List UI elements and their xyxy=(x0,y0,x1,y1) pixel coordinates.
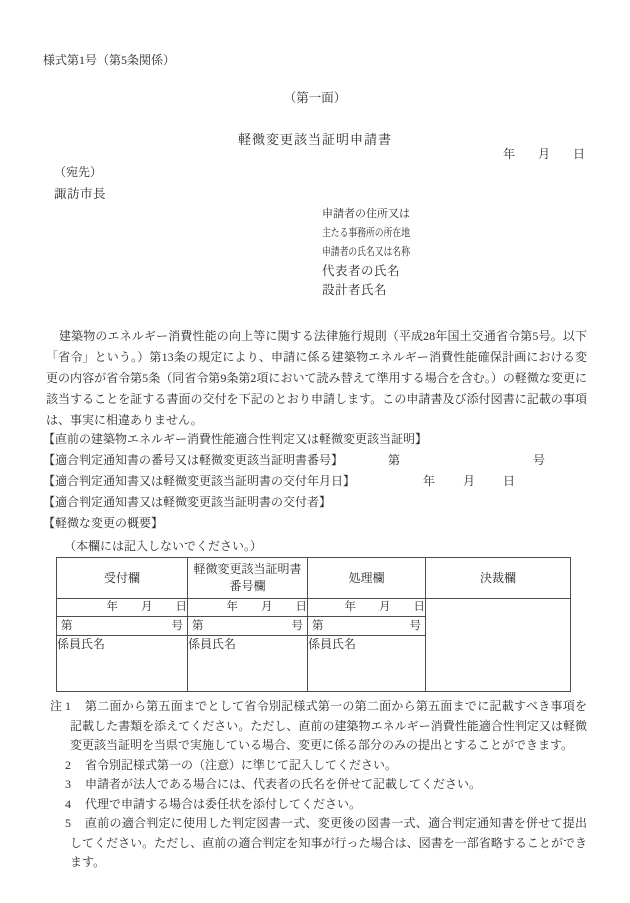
note-marker: 2 xyxy=(65,756,71,776)
notes-list: 注1 第二面から第五面までとして省令別記様式第一の第二面から第五面までに記載すべ… xyxy=(70,697,587,873)
field-notice-number: 【適合判定通知書の番号又は軽微変更該当証明書番号】 第 号 xyxy=(43,450,603,471)
note-marker: 3 xyxy=(65,775,71,795)
number-prefix-label: 第 xyxy=(61,617,73,635)
month-label: 月 xyxy=(463,471,475,492)
field-issuer: 【適合判定通知書又は軽微変更該当証明書の交付者】 xyxy=(43,492,603,513)
date-month-label: 月 xyxy=(538,145,550,162)
bracket-field-list: 【直前の建築物エネルギー消費性能適合性判定又は軽微変更該当証明】 【適合判定通知… xyxy=(43,429,603,534)
field-issue-date: 【適合判定通知書又は軽微変更該当証明書の交付年月日】 年 月 日 xyxy=(43,471,603,492)
note-item-4: 4 代理で申請する場合は委任状を添付してください。 xyxy=(70,795,587,815)
field-label: 【適合判定通知書又は軽微変更該当証明書の交付者】 xyxy=(43,495,331,509)
number-prefix-label: 第 xyxy=(312,617,324,635)
note-text: 代理で申請する場合は委任状を添付してください。 xyxy=(85,797,361,811)
field-label: 【適合判定通知書又は軽微変更該当証明書の交付年月日】 xyxy=(43,474,355,488)
note-item-3: 3 申請者が法人である場合には、代表者の氏名を併せて記載してください。 xyxy=(70,775,587,795)
note-text: 申請者が法人である場合には、代表者の氏名を併せて記載してください。 xyxy=(85,777,481,791)
field-label: 【直前の建築物エネルギー消費性能適合性判定又は軽微変更該当証明】 xyxy=(43,432,427,446)
office-use-note: （本欄には記入しないでください。） xyxy=(64,537,262,554)
col-header-processing: 処理欄 xyxy=(308,558,426,599)
date-year-label: 年 xyxy=(503,145,515,162)
col-header-reception: 受付欄 xyxy=(57,558,188,599)
note-item-5: 5 直前の適合判定に使用した判定図書一式、変更後の図書一式、適合判定通知書を併せ… xyxy=(70,814,587,873)
cert-staff-cell: 係員氏名 xyxy=(188,636,308,692)
number-suffix-label: 号 xyxy=(410,617,422,635)
page-face-label: （第一面） xyxy=(0,88,630,106)
applicant-name-label: 申請者の氏名又は名称 xyxy=(322,243,410,259)
representative-name-label: 代表者の氏名 xyxy=(322,261,400,279)
cert-number-cell: 第 号 xyxy=(188,617,308,636)
note-marker: 5 xyxy=(65,814,71,834)
cert-date-cell: 年 月 日 xyxy=(188,599,308,617)
office-use-table: 受付欄 軽微変更該当証明書番号欄 処理欄 決裁欄 年 月 日 年 月 日 年 月… xyxy=(56,557,571,692)
addressee-name: 諏訪市長 xyxy=(54,184,106,202)
number-suffix-label: 号 xyxy=(172,617,184,635)
day-label: 日 xyxy=(503,471,515,492)
processing-date-cell: 年 月 日 xyxy=(308,599,426,617)
date-day-label: 日 xyxy=(573,145,585,162)
note-text: 第二面から第五面までとして省令別記様式第一の第二面から第五面までに記載すべき事項… xyxy=(70,699,587,752)
note-item-2: 2 省令別記様式第一の（注意）に準じて記入してください。 xyxy=(70,756,587,776)
designer-name-label: 設計者氏名 xyxy=(322,280,387,298)
document-page: 様式第1号（第5条関係） （第一面） 軽微変更該当証明申請書 年 月 日 （宛先… xyxy=(0,0,630,903)
note-marker: 注1 xyxy=(50,697,74,717)
note-text: 直前の適合判定に使用した判定図書一式、変更後の図書一式、適合判定通知書を併せて提… xyxy=(70,816,587,869)
note-text: 省令別記様式第一の（注意）に準じて記入してください。 xyxy=(85,758,397,772)
reception-date-cell: 年 月 日 xyxy=(57,599,188,617)
col-header-cert-number: 軽微変更該当証明書番号欄 xyxy=(188,558,308,599)
note-marker: 4 xyxy=(65,795,71,815)
year-label: 年 xyxy=(423,471,435,492)
processing-staff-cell: 係員氏名 xyxy=(308,636,426,692)
number-suffix-label: 号 xyxy=(533,450,545,471)
note-item-1: 注1 第二面から第五面までとして省令別記様式第一の第二面から第五面までに記載すべ… xyxy=(70,697,587,756)
applicant-address-label: 申請者の住所又は xyxy=(322,205,410,221)
document-title: 軽微変更該当証明申請書 xyxy=(0,129,630,148)
applicant-office-label: 主たる事務所の所在地 xyxy=(322,224,410,240)
application-statement: 建築物のエネルギー消費性能の向上等に関する法律施行規則（平成28年国土交通省令第… xyxy=(46,326,587,431)
number-suffix-label: 号 xyxy=(292,617,304,635)
number-prefix-label: 第 xyxy=(192,617,204,635)
field-change-summary: 【軽微な変更の概要】 xyxy=(43,513,603,534)
addressee-label: （宛先） xyxy=(54,163,102,180)
field-label: 【適合判定通知書の番号又は軽微変更該当証明書番号】 xyxy=(43,453,343,467)
field-prior-judgement: 【直前の建築物エネルギー消費性能適合性判定又は軽微変更該当証明】 xyxy=(43,429,603,450)
reception-number-cell: 第 号 xyxy=(57,617,188,636)
col-header-approval: 決裁欄 xyxy=(426,558,571,599)
form-number: 様式第1号（第5条関係） xyxy=(43,51,175,68)
number-prefix-label: 第 xyxy=(388,450,400,471)
processing-number-cell: 第 号 xyxy=(308,617,426,636)
field-label: 【軽微な変更の概要】 xyxy=(43,516,163,530)
reception-staff-cell: 係員氏名 xyxy=(57,636,188,692)
approval-blank-cell xyxy=(426,599,571,692)
